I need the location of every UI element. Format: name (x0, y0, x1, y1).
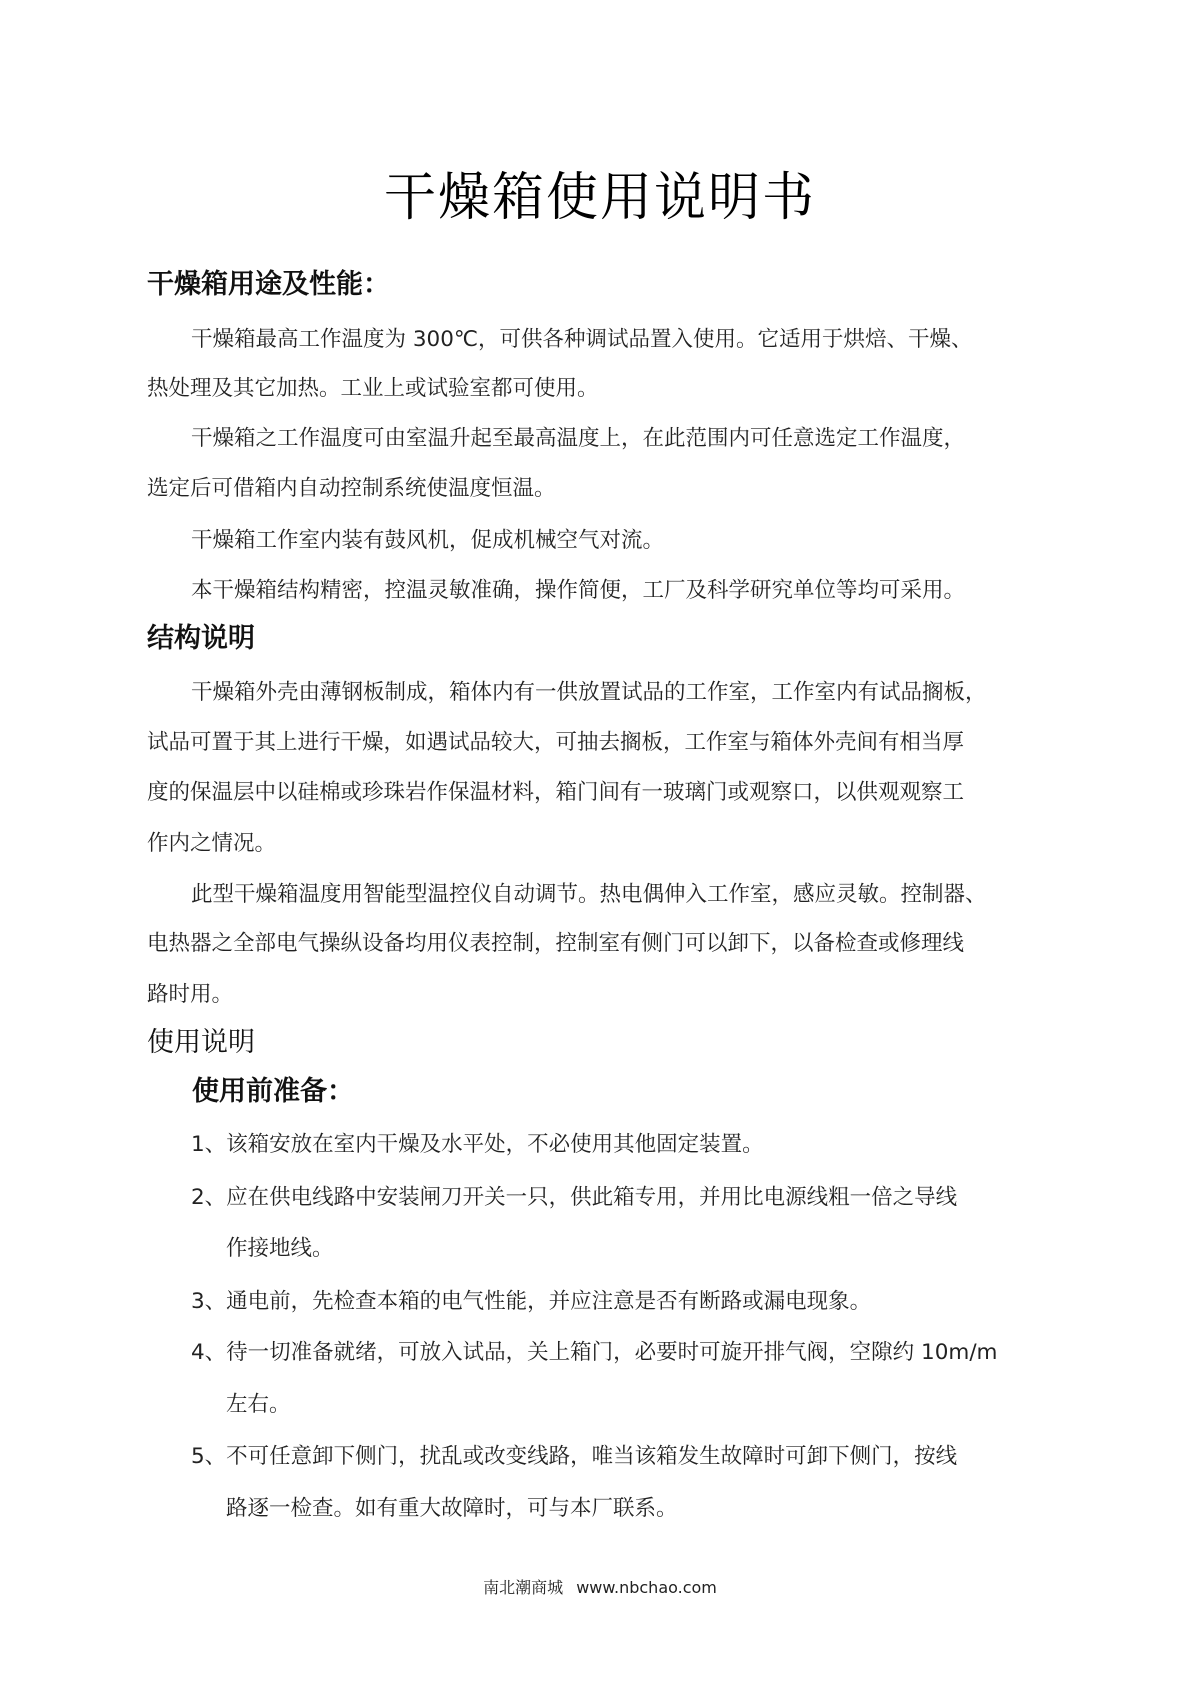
footer-site-name: 南北潮商城 (483, 1578, 563, 1597)
list-item: 2、应在供电线路中安装闸刀开关一只，供此箱专用，并用比电源线粗一倍之导线 (191, 1183, 957, 1213)
paragraph-line: 热处理及其它加热。工业上或试验室都可使用。 (147, 374, 599, 404)
paragraph-line: 本干燥箱结构精密，控温灵敏准确，操作简便，工厂及科学研究单位等均可采用。 (191, 576, 965, 606)
document-page: 干燥箱使用说明书 干燥箱用途及性能： 干燥箱最高工作温度为 300℃，可供各种调… (0, 0, 1200, 1697)
list-item: 4、待一切准备就绪，可放入试品，关上箱门，必要时可旋开排气阀，空隙约 10m/m (191, 1338, 998, 1368)
list-item: 3、通电前，先检查本箱的电气性能，并应注意是否有断路或漏电现象。 (191, 1287, 871, 1317)
list-item-continuation: 左右。 (226, 1390, 291, 1420)
paragraph-line: 作内之情况。 (147, 829, 276, 859)
list-item: 5、不可任意卸下侧门，扰乱或改变线路，唯当该箱发生故障时可卸下侧门，按线 (191, 1442, 957, 1472)
list-item: 1、该箱安放在室内干燥及水平处，不必使用其他固定装置。 (191, 1130, 764, 1160)
page-footer: 南北潮商城 www.nbchao.com (0, 1578, 1200, 1598)
paragraph-line: 干燥箱之工作温度可由室温升起至最高温度上，在此范围内可任意选定工作温度， (191, 424, 965, 454)
paragraph-line: 度的保温层中以硅棉或珍珠岩作保温材料，箱门间有一玻璃门或观察口，以供观观察工 (147, 778, 964, 808)
paragraph-line: 选定后可借箱内自动控制系统使温度恒温。 (147, 474, 556, 504)
paragraph-line: 干燥箱最高工作温度为 300℃，可供各种调试品置入使用。它适用于烘焙、干燥、 (191, 325, 973, 355)
section-heading-purpose: 干燥箱用途及性能： (147, 268, 390, 302)
paragraph-line: 路时用。 (147, 980, 233, 1010)
list-item-continuation: 作接地线。 (226, 1234, 334, 1264)
document-title: 干燥箱使用说明书 (0, 168, 1200, 228)
paragraph-line: 此型干燥箱温度用智能型温控仪自动调节。热电偶伸入工作室，感应灵敏。控制器、 (191, 880, 987, 910)
footer-url[interactable]: www.nbchao.com (576, 1578, 717, 1597)
list-item-continuation: 路逐一检查。如有重大故障时，可与本厂联系。 (226, 1494, 678, 1524)
paragraph-line: 干燥箱外壳由薄钢板制成，箱体内有一供放置试品的工作室，工作室内有试品搁板， (191, 678, 987, 708)
section-heading-usage: 使用说明 (147, 1026, 255, 1060)
section-heading-structure: 结构说明 (147, 622, 255, 656)
paragraph-line: 电热器之全部电气操纵设备均用仪表控制，控制室有侧门可以卸下，以备检查或修理线 (147, 929, 964, 959)
paragraph-line: 试品可置于其上进行干燥，如遇试品较大，可抽去搁板，工作室与箱体外壳间有相当厚 (147, 728, 964, 758)
subheading-preparation: 使用前准备： (192, 1075, 354, 1109)
paragraph-line: 干燥箱工作室内装有鼓风机，促成机械空气对流。 (191, 526, 664, 556)
